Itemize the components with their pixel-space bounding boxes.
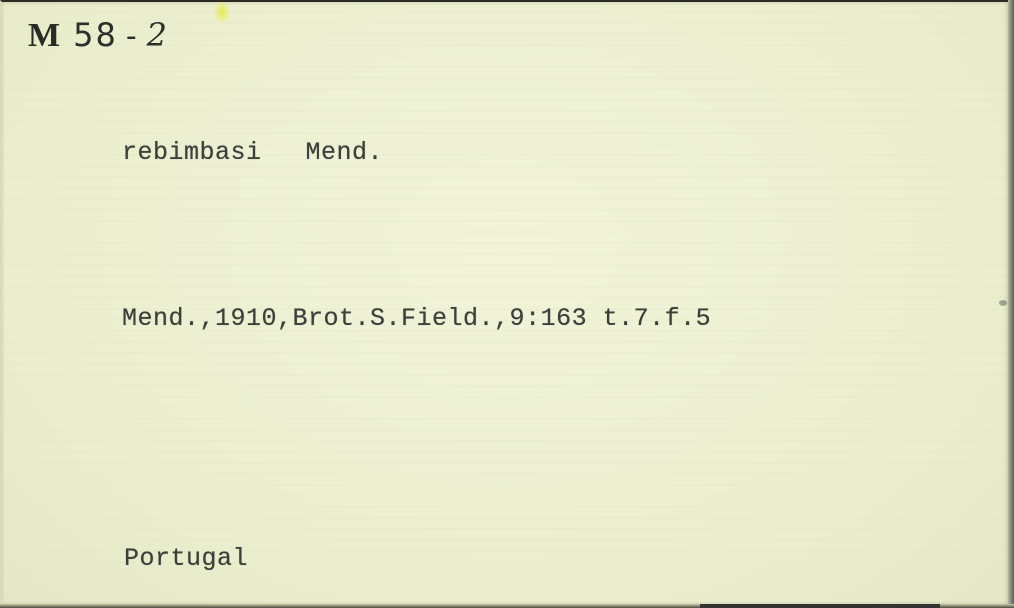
- taxon-author: Mend.: [306, 138, 384, 167]
- taxon-name: rebimbasi: [122, 138, 262, 167]
- call-number: M 58 - 2: [28, 16, 167, 55]
- call-number-prefix: M: [28, 17, 59, 55]
- index-card: M 58 - 2 rebimbasiMend. Mend.,1910,Brot.…: [0, 0, 1010, 606]
- call-number-number: 58: [73, 16, 118, 54]
- call-number-separator: -: [126, 19, 137, 54]
- card-bottom-dark-strip: [700, 604, 940, 608]
- ink-smudge: [999, 300, 1007, 306]
- card-right-edge-shadow: [1008, 0, 1014, 608]
- call-number-handwritten-suffix: 2: [147, 16, 167, 54]
- taxon-name-line: rebimbasiMend.: [122, 138, 383, 167]
- bibliographic-citation: Mend.,1910,Brot.S.Field.,9:163 t.7.f.5: [122, 304, 711, 333]
- yellow-highlight-mark: [215, 2, 229, 22]
- locality: Portugal: [124, 544, 248, 573]
